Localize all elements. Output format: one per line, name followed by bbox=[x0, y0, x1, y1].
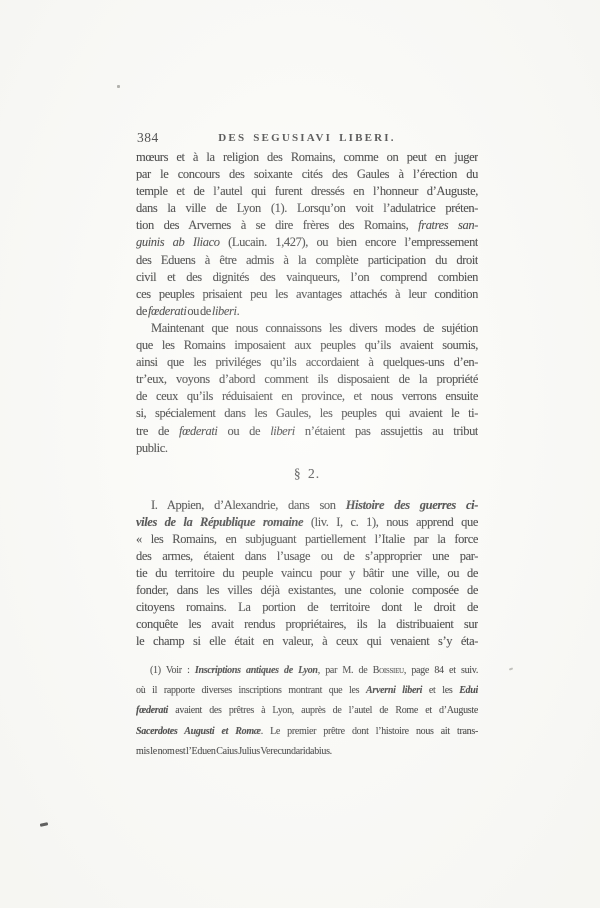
text-segment: mœurs et à la religion des Romains, comm… bbox=[136, 150, 478, 164]
footnote: (1) Voir : Inscriptions antiques de Lyon… bbox=[136, 661, 478, 762]
text-segment: (liv. I, c. 1), nous apprend que bbox=[303, 515, 478, 529]
text-line: (1) Voir : Inscriptions antiques de Lyon… bbox=[136, 661, 478, 681]
text-line: « les Romains, en subjuguant partielleme… bbox=[136, 531, 478, 548]
text-segment: public. bbox=[136, 441, 168, 455]
text-segment: mis le nom est l’Eduen Caius Julius Vere… bbox=[136, 746, 332, 757]
text-segment: des armes, étaient dans l’usage ou de s’… bbox=[136, 549, 478, 563]
text-segment: . Le premier prêtre dont l’histoire nous… bbox=[261, 726, 478, 737]
text-segment: ces peuples prisaient peu les avantages … bbox=[136, 287, 478, 301]
text-line: temple et de l’autel qui furent dressés … bbox=[136, 183, 478, 200]
text-line: des armes, étaient dans l’usage ou de s’… bbox=[136, 548, 478, 565]
text-segment: le champ si elle était en valeur, à ceux… bbox=[136, 634, 478, 648]
text-segment: n’étaient pas assujettis au tribut bbox=[295, 424, 478, 438]
text-line: si, spécialement dans les Gaules, les pe… bbox=[136, 405, 478, 422]
text-line: public. bbox=[136, 440, 478, 457]
running-header: DES SEGUSIAVI LIBERI. bbox=[136, 132, 478, 144]
text-line: de ceux qu’ils réduisaient en province, … bbox=[136, 388, 478, 405]
scan-speck bbox=[509, 667, 513, 670]
text-segment: et les bbox=[422, 685, 459, 696]
page-header: 384 DES SEGUSIAVI LIBERI. bbox=[136, 130, 478, 147]
text-segment: fonder, dans les villes déjà existantes,… bbox=[136, 583, 478, 597]
text-segment: ou de bbox=[217, 424, 270, 438]
text-segment: temple et de l’autel qui furent dressés … bbox=[136, 184, 478, 198]
text-segment: . bbox=[237, 304, 240, 318]
emphasized-text: Inscriptions antiques de Lyon bbox=[195, 665, 318, 676]
emphasized-text: fœderati bbox=[148, 304, 186, 318]
paragraph: I. Appien, d’Alexandrie, dans son Histoi… bbox=[136, 497, 478, 651]
text-segment: (Lucain. 1,427), ou bien encore l’empres… bbox=[220, 235, 478, 249]
emphasized-text: Boissieu bbox=[373, 665, 404, 676]
paragraph: Maintenant que nous connaissons les dive… bbox=[136, 320, 478, 457]
emphasized-text: fratres san- bbox=[418, 218, 478, 232]
scan-speck bbox=[117, 85, 120, 88]
emphasized-text: fœderati bbox=[136, 705, 168, 716]
text-line: tie du territoire du peuple vaincu pour … bbox=[136, 565, 478, 582]
text-segment: « les Romains, en subjuguant partielleme… bbox=[136, 532, 478, 546]
emphasized-text: Arverni liberi bbox=[366, 685, 422, 696]
text-line: de fœderati ou de liberi. bbox=[136, 303, 478, 320]
text-line: tr’eux, voyons d’abord comment ils dispo… bbox=[136, 371, 478, 388]
text-line: viles de la République romaine (liv. I, … bbox=[136, 514, 478, 531]
text-segment: où il rapporte diverses inscriptions mon… bbox=[136, 685, 366, 696]
text-segment: par le concours des soixante cités des G… bbox=[136, 167, 478, 181]
text-line: civil et des dignités des vainqueurs, l’… bbox=[136, 269, 478, 286]
text-segment: tion des Arvernes à se dire frères des R… bbox=[136, 218, 418, 232]
text-flow: mœurs et à la religion des Romains, comm… bbox=[136, 149, 478, 651]
emphasized-text: viles de la République romaine bbox=[136, 515, 303, 529]
text-line: fœderati avaient des prêtres à Lyon, aup… bbox=[136, 701, 478, 721]
text-line: fonder, dans les villes déjà existantes,… bbox=[136, 582, 478, 599]
text-segment: ainsi que les priviléges qu’ils accordai… bbox=[136, 355, 478, 369]
text-line: ces peuples prisaient peu les avantages … bbox=[136, 286, 478, 303]
text-line: tion des Arvernes à se dire frères des R… bbox=[136, 217, 478, 234]
emphasized-text: liberi bbox=[270, 424, 295, 438]
text-line: tre de fœderati ou de liberi n’étaient p… bbox=[136, 423, 478, 440]
section-heading: § 2. bbox=[136, 465, 478, 482]
text-line: guinis ab Iliaco (Lucain. 1,427), ou bie… bbox=[136, 234, 478, 251]
emphasized-text: liberi bbox=[212, 304, 237, 318]
text-segment: civil et des dignités des vainqueurs, l’… bbox=[136, 270, 478, 284]
text-line: dans la ville de Lyon (1). Lorsqu’on voi… bbox=[136, 200, 478, 217]
text-segment: , par M. de bbox=[318, 665, 373, 676]
text-line: que les Romains imposaient aux peuples q… bbox=[136, 337, 478, 354]
text-segment: tr’eux, voyons d’abord comment ils dispo… bbox=[136, 372, 478, 386]
text-line: citoyens romains. La portion de territoi… bbox=[136, 599, 478, 616]
text-segment: Maintenant que nous connaissons les dive… bbox=[151, 321, 478, 335]
emphasized-text: fœderati bbox=[179, 424, 217, 438]
scan-speck bbox=[40, 822, 48, 827]
text-segment: conquête les avait rendus propriétaires,… bbox=[136, 617, 478, 631]
text-segment: ou de bbox=[186, 304, 211, 318]
text-segment: I. Appien, d’Alexandrie, dans son bbox=[151, 498, 346, 512]
text-segment: des Eduens à être admis à la complète pa… bbox=[136, 253, 478, 267]
text-segment: citoyens romains. La portion de territoi… bbox=[136, 600, 478, 614]
text-line: ainsi que les priviléges qu’ils accordai… bbox=[136, 354, 478, 371]
text-line: mœurs et à la religion des Romains, comm… bbox=[136, 149, 478, 166]
emphasized-text: Histoire des guerres ci- bbox=[346, 498, 478, 512]
text-segment: de bbox=[136, 304, 148, 318]
text-segment: que les Romains imposaient aux peuples q… bbox=[136, 338, 478, 352]
emphasized-text: Sacerdotes Augusti et Romæ bbox=[136, 726, 261, 737]
text-line: par le concours des soixante cités des G… bbox=[136, 166, 478, 183]
text-line: des Eduens à être admis à la complète pa… bbox=[136, 252, 478, 269]
emphasized-text: guinis ab Iliaco bbox=[136, 235, 220, 249]
emphasized-text: Edui bbox=[459, 685, 478, 696]
text-segment: avaient des prêtres à Lyon, auprès de l’… bbox=[168, 705, 478, 716]
text-segment: , page 84 et suiv. bbox=[404, 665, 478, 676]
text-line: Maintenant que nous connaissons les dive… bbox=[136, 320, 478, 337]
text-segment: dans la ville de Lyon (1). Lorsqu’on voi… bbox=[136, 201, 478, 215]
text-line: le champ si elle était en valeur, à ceux… bbox=[136, 633, 478, 650]
text-line: I. Appien, d’Alexandrie, dans son Histoi… bbox=[136, 497, 478, 514]
text-line: où il rapporte diverses inscriptions mon… bbox=[136, 681, 478, 701]
text-segment: si, spécialement dans les Gaules, les pe… bbox=[136, 406, 478, 420]
text-line: conquête les avait rendus propriétaires,… bbox=[136, 616, 478, 633]
text-segment: tre de bbox=[136, 424, 179, 438]
paragraph: mœurs et à la religion des Romains, comm… bbox=[136, 149, 478, 320]
scan-speck bbox=[243, 639, 245, 641]
text-segment: tie du territoire du peuple vaincu pour … bbox=[136, 566, 478, 580]
text-line: mis le nom est l’Eduen Caius Julius Vere… bbox=[136, 742, 478, 762]
text-segment: (1) Voir : bbox=[150, 665, 195, 676]
book-page: 384 DES SEGUSIAVI LIBERI. mœurs et à la … bbox=[0, 0, 600, 908]
text-line: Sacerdotes Augusti et Romæ. Le premier p… bbox=[136, 722, 478, 742]
text-segment: de ceux qu’ils réduisaient en province, … bbox=[136, 389, 478, 403]
